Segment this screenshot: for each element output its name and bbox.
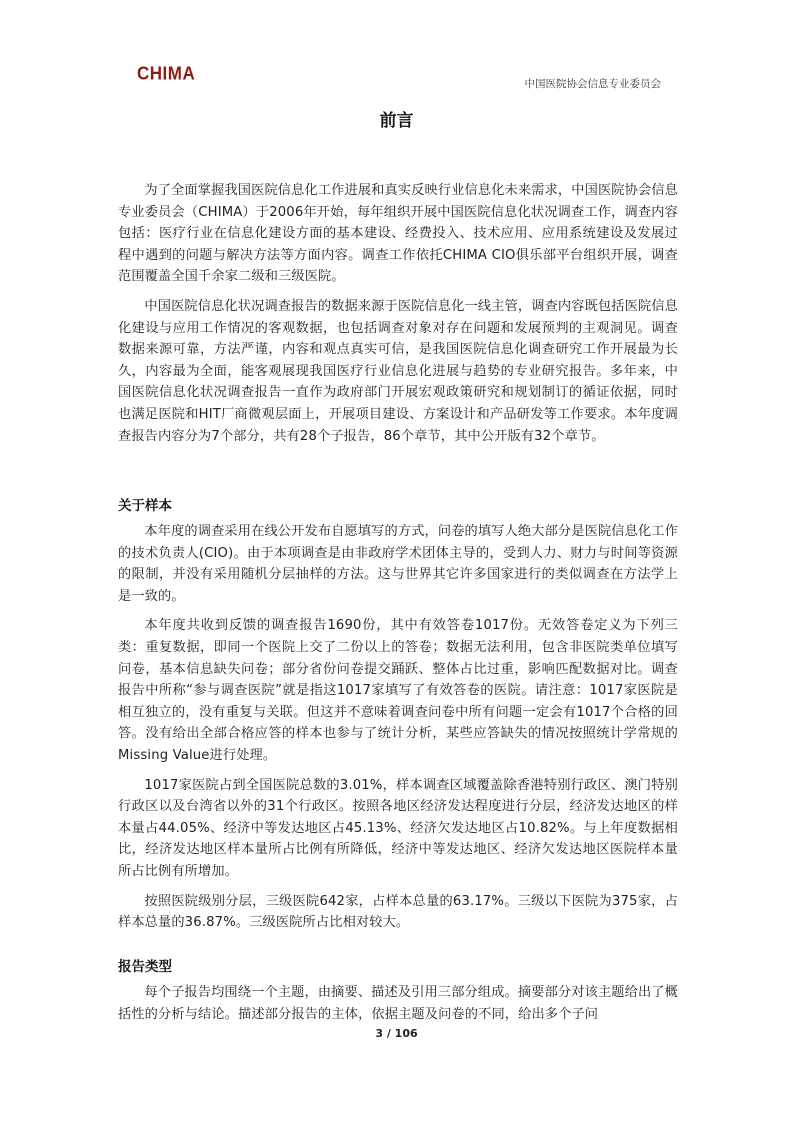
header-organization: 中国医院协会信息专业委员会 [525,76,662,91]
section-paragraph: 本年度共收到反馈的调查报告1690份，其中有效答卷1017份。无效答卷定义为下列… [118,615,678,766]
page-title: 前言 [0,106,793,131]
section-report-types: 报告类型 每个子报告均围绕一个主题，由摘要、描述及引用三部分组成。摘要部分对该主… [118,955,678,1025]
section-paragraph: 每个子报告均围绕一个主题，由摘要、描述及引用三部分组成。摘要部分对该主题给出了概… [118,982,678,1025]
intro-block: 为了全面掌握我国医院信息化工作进展和真实反映行业信息化未来需求，中国医院协会信息… [118,180,678,447]
section-paragraph: 按照医院级别分层，三级医院642家，占样本总量的63.17%。三级以下医院为37… [118,891,678,934]
section-paragraph: 本年度的调查采用在线公开发布自愿填写的方式，问卷的填写人绝大部分是医院信息化工作… [118,521,678,607]
intro-paragraph: 为了全面掌握我国医院信息化工作进展和真实反映行业信息化未来需求，中国医院协会信息… [118,180,678,288]
section-paragraph: 1017家医院占到全国医院总数的3.01%，样本调查区域覆盖除香港特别行政区、澳… [118,775,678,883]
intro-paragraph: 中国医院信息化状况调查报告的数据来源于医院信息化一线主管，调查内容既包括医院信息… [118,296,678,447]
section-sample: 关于样本 本年度的调查采用在线公开发布自愿填写的方式，问卷的填写人绝大部分是医院… [118,494,678,934]
page-indicator: 3 / 106 [0,1027,793,1040]
section-heading: 关于样本 [118,494,678,514]
section-heading: 报告类型 [118,955,678,975]
logo: CHIMA [137,63,195,85]
